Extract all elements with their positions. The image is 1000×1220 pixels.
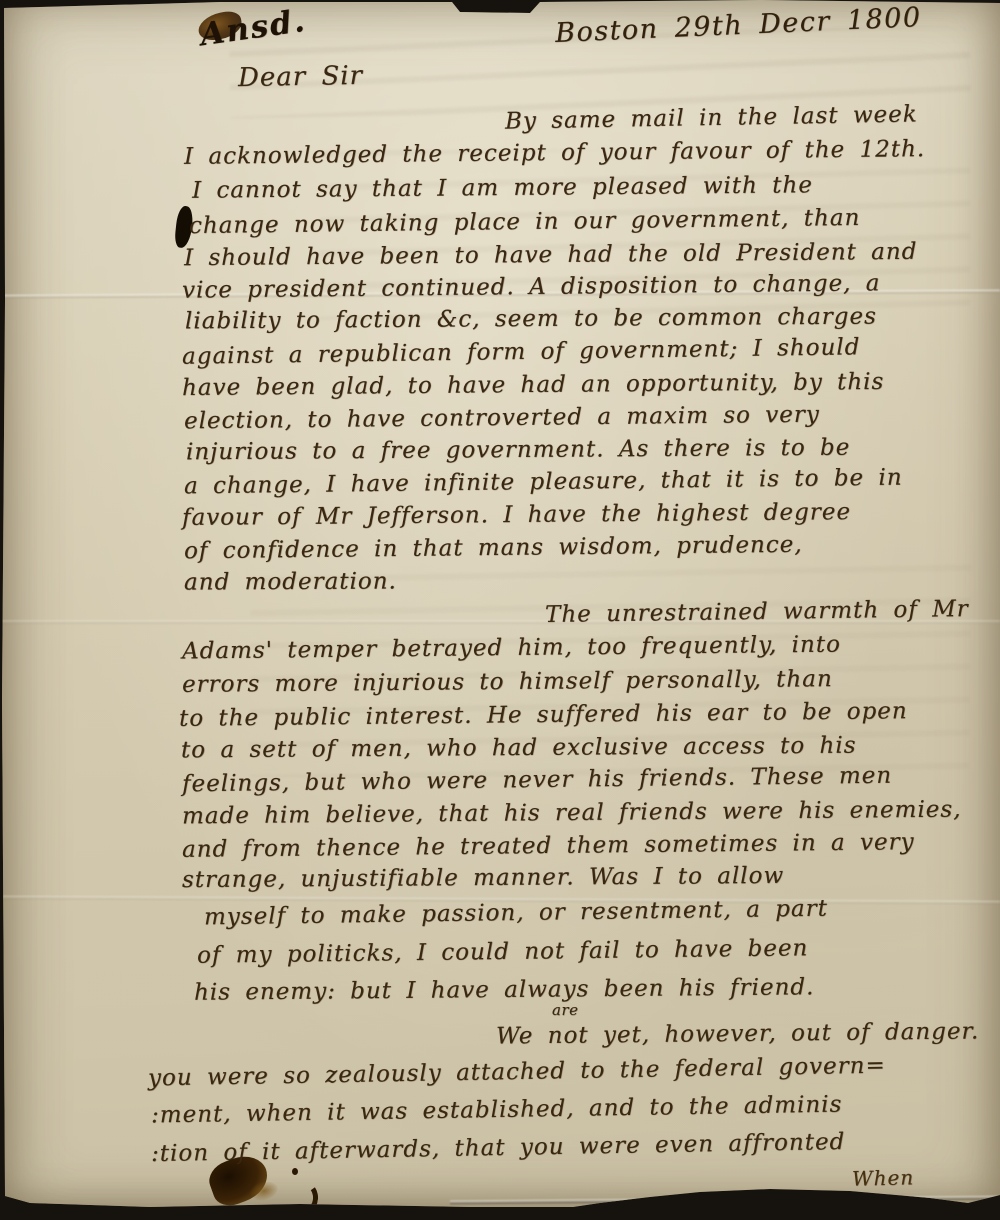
manuscript-line: :tion of it afterwards, that you were ev… [151,1129,846,1167]
manuscript-line: strange, unjustifiable manner. Was I to … [182,863,784,893]
manuscript-line: By same mail in the last week [505,101,918,134]
manuscript-line: liability to faction &c, seem to be comm… [185,304,877,335]
manuscript-line: feelings, but who were never his friends… [182,763,892,798]
ink-speck [292,1168,298,1175]
manuscript-line: change now taking place in our governmen… [189,205,861,239]
manuscript-line: a change, I have infinite pleasure, that… [184,465,903,500]
manuscript-line: and from thence he treated them sometime… [182,829,915,863]
salutation: Dear Sir [238,61,363,93]
manuscript-line: We not yet, however, out of danger. [496,1018,980,1049]
manuscript-line: to a sett of men, who had exclusive acce… [181,733,857,764]
manuscript-line: you were so zealously attached to the fe… [148,1053,886,1092]
manuscript-line: I should have been to have had the old P… [184,239,918,271]
letter-page: Ansd. Boston 29th Decr 1800 Dear Sir By … [0,0,1000,1220]
manuscript-line: have been glad, to have had an opportuni… [182,369,884,401]
interlinear-insertion: are [552,1001,579,1019]
manuscript-line: :ment, when it was established, and to t… [151,1092,843,1129]
answered-annotation: Ansd. [198,3,308,53]
manuscript-line: against a republican form of government;… [182,334,861,369]
dateline: Boston 29th Decr 1800 [554,2,922,49]
catchword: When [852,1165,915,1190]
manuscript-line: his enemy: but I have always been his fr… [194,974,815,1005]
manuscript-line: made him believe, that his real friends … [182,797,962,830]
manuscript-line: injurious to a free government. As there… [186,435,850,466]
manuscript-line: of confidence in that mans wisdom, prude… [184,532,803,564]
manuscript-line: to the public interest. He suffered his … [179,698,908,732]
manuscript-line: election, to have controverted a maxim s… [184,402,820,435]
manuscript-line: Adams' temper betrayed him, too frequent… [182,632,841,665]
manuscript-line: and moderation. [184,568,397,595]
manuscript-line: favour of Mr Jefferson. I have the highe… [182,499,851,531]
manuscript-line: I acknowledged the receipt of your favou… [184,136,925,170]
manuscript-line: errors more injurious to himself persona… [182,666,833,698]
manuscript-line: I cannot say that I am more pleased with… [192,172,813,203]
manuscript-line: of my politicks, I could not fail to hav… [197,935,809,968]
manuscript-line: vice president continued. A disposition … [182,270,881,303]
